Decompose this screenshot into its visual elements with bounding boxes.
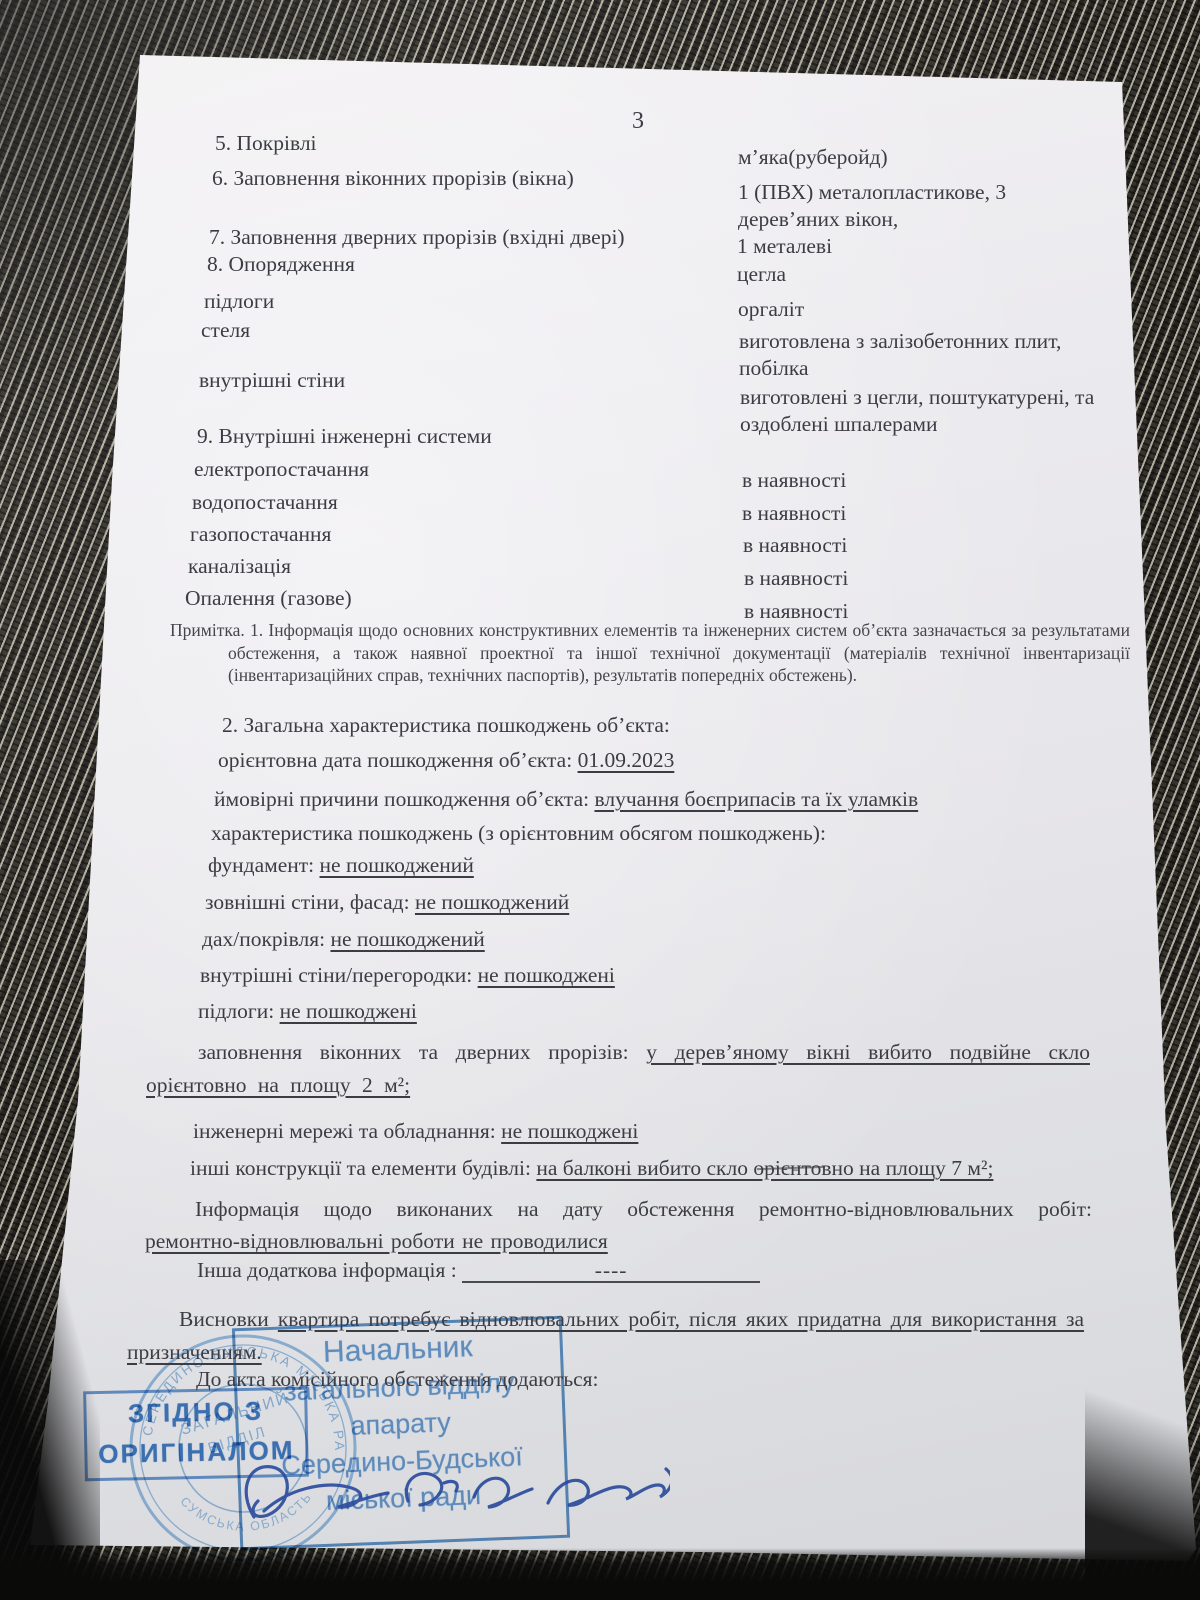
damage-openings-paragraph: заповнення віконних та дверних прорізів:… [146, 1036, 1090, 1101]
damage-networks-label: інженерні мережі та обладнання: [193, 1119, 501, 1143]
damage-row-value: не пошкоджений [320, 853, 474, 877]
page-number: 3 [632, 106, 644, 136]
photo-of-document: СЕРЕДИНО-БУДСЬКА МІСЬКА РАДА СУМСЬКА ОБЛ… [0, 0, 1200, 1600]
spec-label: водопостачання [192, 489, 338, 516]
conclusion-label: Висновки [179, 1307, 278, 1331]
damage-date-label: орієнтовна дата пошкодження об’єкта: [218, 748, 578, 772]
spec-label: стеля [201, 317, 250, 344]
spec-value: в наявності [742, 467, 846, 494]
spec-value: виготовлена з залізобетонних плит, побіл… [739, 328, 1091, 382]
spec-value: оргаліт [738, 296, 804, 323]
spec-value: м’яка(руберойд) [738, 144, 888, 171]
spec-value: в наявності [742, 500, 846, 527]
conclusion-paragraph: Висновки квартира потребує відновлювальн… [127, 1303, 1084, 1368]
spec-value: 1 (ПВХ) металопластикове, 3 дерев’яних в… [738, 179, 1068, 233]
damage-row-label: підлоги: [198, 999, 280, 1023]
damage-cause-line: ймовірні причини пошкодження об’єкта: вл… [214, 786, 918, 813]
spec-label: 7. Заповнення дверних прорізів (вхідні д… [209, 224, 625, 251]
spec-value: в наявності [743, 532, 847, 559]
damage-other-label: інші конструкції та елементи будівлі: [190, 1156, 536, 1180]
damage-characteristics-line: характеристика пошкоджень (з орієнтовним… [211, 820, 826, 847]
spec-label: підлоги [204, 288, 274, 315]
spec-label: 8. Опорядження [207, 251, 355, 278]
repairs-label: Інформація щодо виконаних на дату обстеж… [195, 1197, 1092, 1221]
spec-label: електропостачання [194, 456, 369, 483]
damage-networks-value: не пошкоджені [501, 1119, 638, 1143]
damage-openings-label: заповнення віконних та дверних прорізів: [198, 1040, 646, 1064]
damage-row-label: фундамент: [208, 853, 320, 877]
repairs-value: ремонтно-відновлювальні роботи не провод… [145, 1229, 608, 1253]
spec-label: газопостачання [190, 521, 331, 548]
damage-cause-value: влучання боєприпасів та їх уламків [594, 787, 918, 811]
spec-label: Опалення (газове) [185, 585, 352, 612]
damage-row: фундамент: не пошкоджений [208, 852, 474, 879]
damage-row-value: не пошкоджений [330, 927, 484, 951]
spec-value: цегла [737, 261, 786, 288]
spec-label: каналізація [188, 553, 291, 580]
spec-value: в наявності [744, 565, 848, 592]
damage-row: підлоги: не пошкоджені [198, 998, 417, 1025]
damage-row-value: не пошкоджені [478, 963, 615, 987]
damage-row: дах/покрівля: не пошкоджений [202, 926, 485, 953]
additional-info-label: Інша додаткова інформація : [197, 1258, 462, 1282]
footnote: Примітка. 1. Інформація щодо основних ко… [170, 619, 1130, 687]
damage-row-value: не пошкоджені [280, 999, 417, 1023]
spec-label: 9. Внутрішні інженерні системи [197, 423, 492, 450]
damage-date-line: орієнтовна дата пошкодження об’єкта: 01.… [218, 747, 674, 774]
damage-date-value: 01.09.2023 [578, 748, 675, 772]
damage-row-label: зовнішні стіни, фасад: [205, 890, 415, 914]
damage-networks-line: інженерні мережі та обладнання: не пошко… [193, 1118, 638, 1145]
section-2-heading: 2. Загальна характеристика пошкоджень об… [222, 712, 670, 739]
spec-value: 1 металеві [737, 233, 832, 260]
spec-label: 5. Покрівлі [215, 130, 317, 157]
document-text-layer: 3 5. Покрівлі м’яка(руберойд) 6. Заповне… [0, 0, 1200, 1600]
damage-cause-label: ймовірні причини пошкодження об’єкта: [214, 787, 594, 811]
damage-row: внутрішні стіни/перегородки: не пошкодже… [200, 962, 615, 989]
damage-other-line: інші конструкції та елементи будівлі: на… [190, 1155, 993, 1182]
damage-row-label: дах/покрівля: [202, 927, 330, 951]
repairs-paragraph: Інформація щодо виконаних на дату обстеж… [145, 1193, 1092, 1257]
additional-info-blank: ---- [462, 1259, 760, 1283]
additional-info-line: Інша додаткова інформація : ---- [197, 1257, 760, 1284]
spec-label: внутрішні стіни [199, 367, 345, 394]
spec-value: виготовлені з цегли, поштукатурені, та о… [740, 384, 1118, 438]
spec-label: 6. Заповнення віконних прорізів (вікна) [212, 165, 574, 192]
signature-ink [220, 1425, 670, 1565]
damage-row-value: не пошкоджений [415, 890, 569, 914]
attachments-line: До акта комісійного обстеження додаються… [196, 1366, 599, 1393]
damage-row: зовнішні стіни, фасад: не пошкоджений [205, 889, 569, 916]
damage-row-label: внутрішні стіни/перегородки: [200, 963, 478, 987]
